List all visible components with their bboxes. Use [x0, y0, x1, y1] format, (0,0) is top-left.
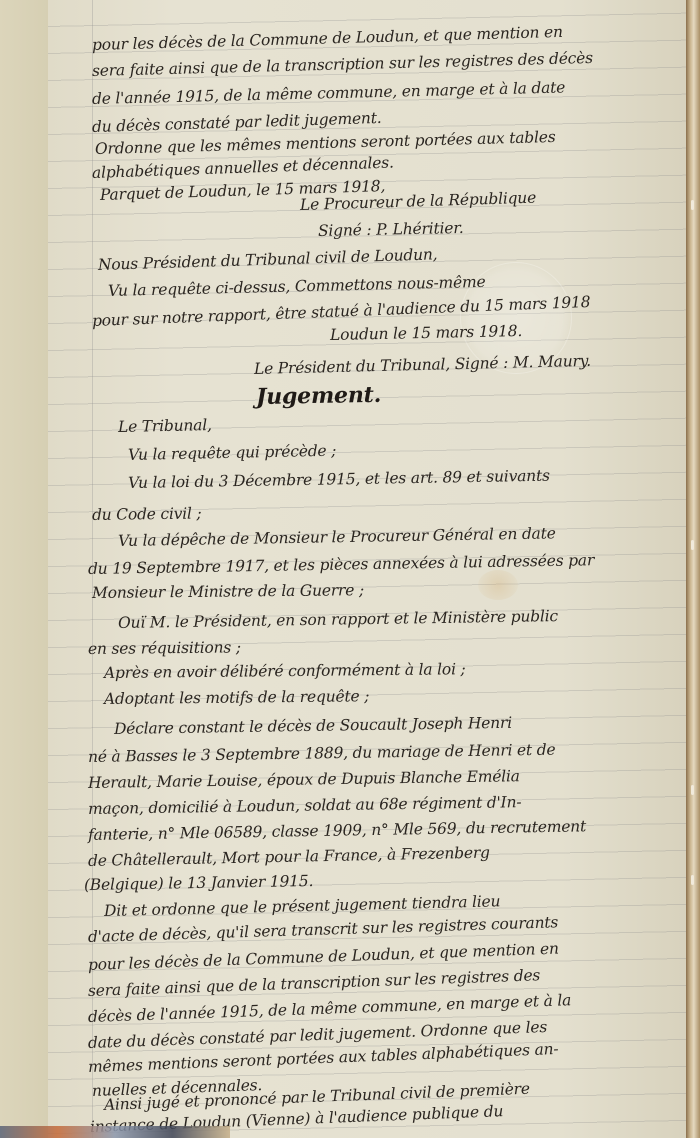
section-heading: Jugement. [256, 382, 382, 410]
paper-stain [478, 570, 518, 600]
text-line: Signé : P. Lhéritier. [318, 219, 464, 240]
book-cover-edge [0, 1126, 230, 1138]
text-line: Adoptant les motifs de la requête ; [104, 687, 369, 708]
text-line: Le Tribunal, [118, 416, 212, 436]
binding-thread [691, 785, 694, 795]
binding-thread [691, 875, 694, 885]
binding-thread [691, 540, 694, 550]
text-line: Après en avoir délibéré conformément à l… [104, 660, 466, 682]
outer-margin [0, 0, 48, 1138]
text-line: Monsieur le Ministre de la Guerre ; [92, 581, 364, 602]
text-line: en ses réquisitions ; [88, 638, 241, 658]
book-binding [686, 0, 700, 1138]
text-line: du Code civil ; [92, 504, 202, 524]
binding-thread [691, 200, 694, 210]
